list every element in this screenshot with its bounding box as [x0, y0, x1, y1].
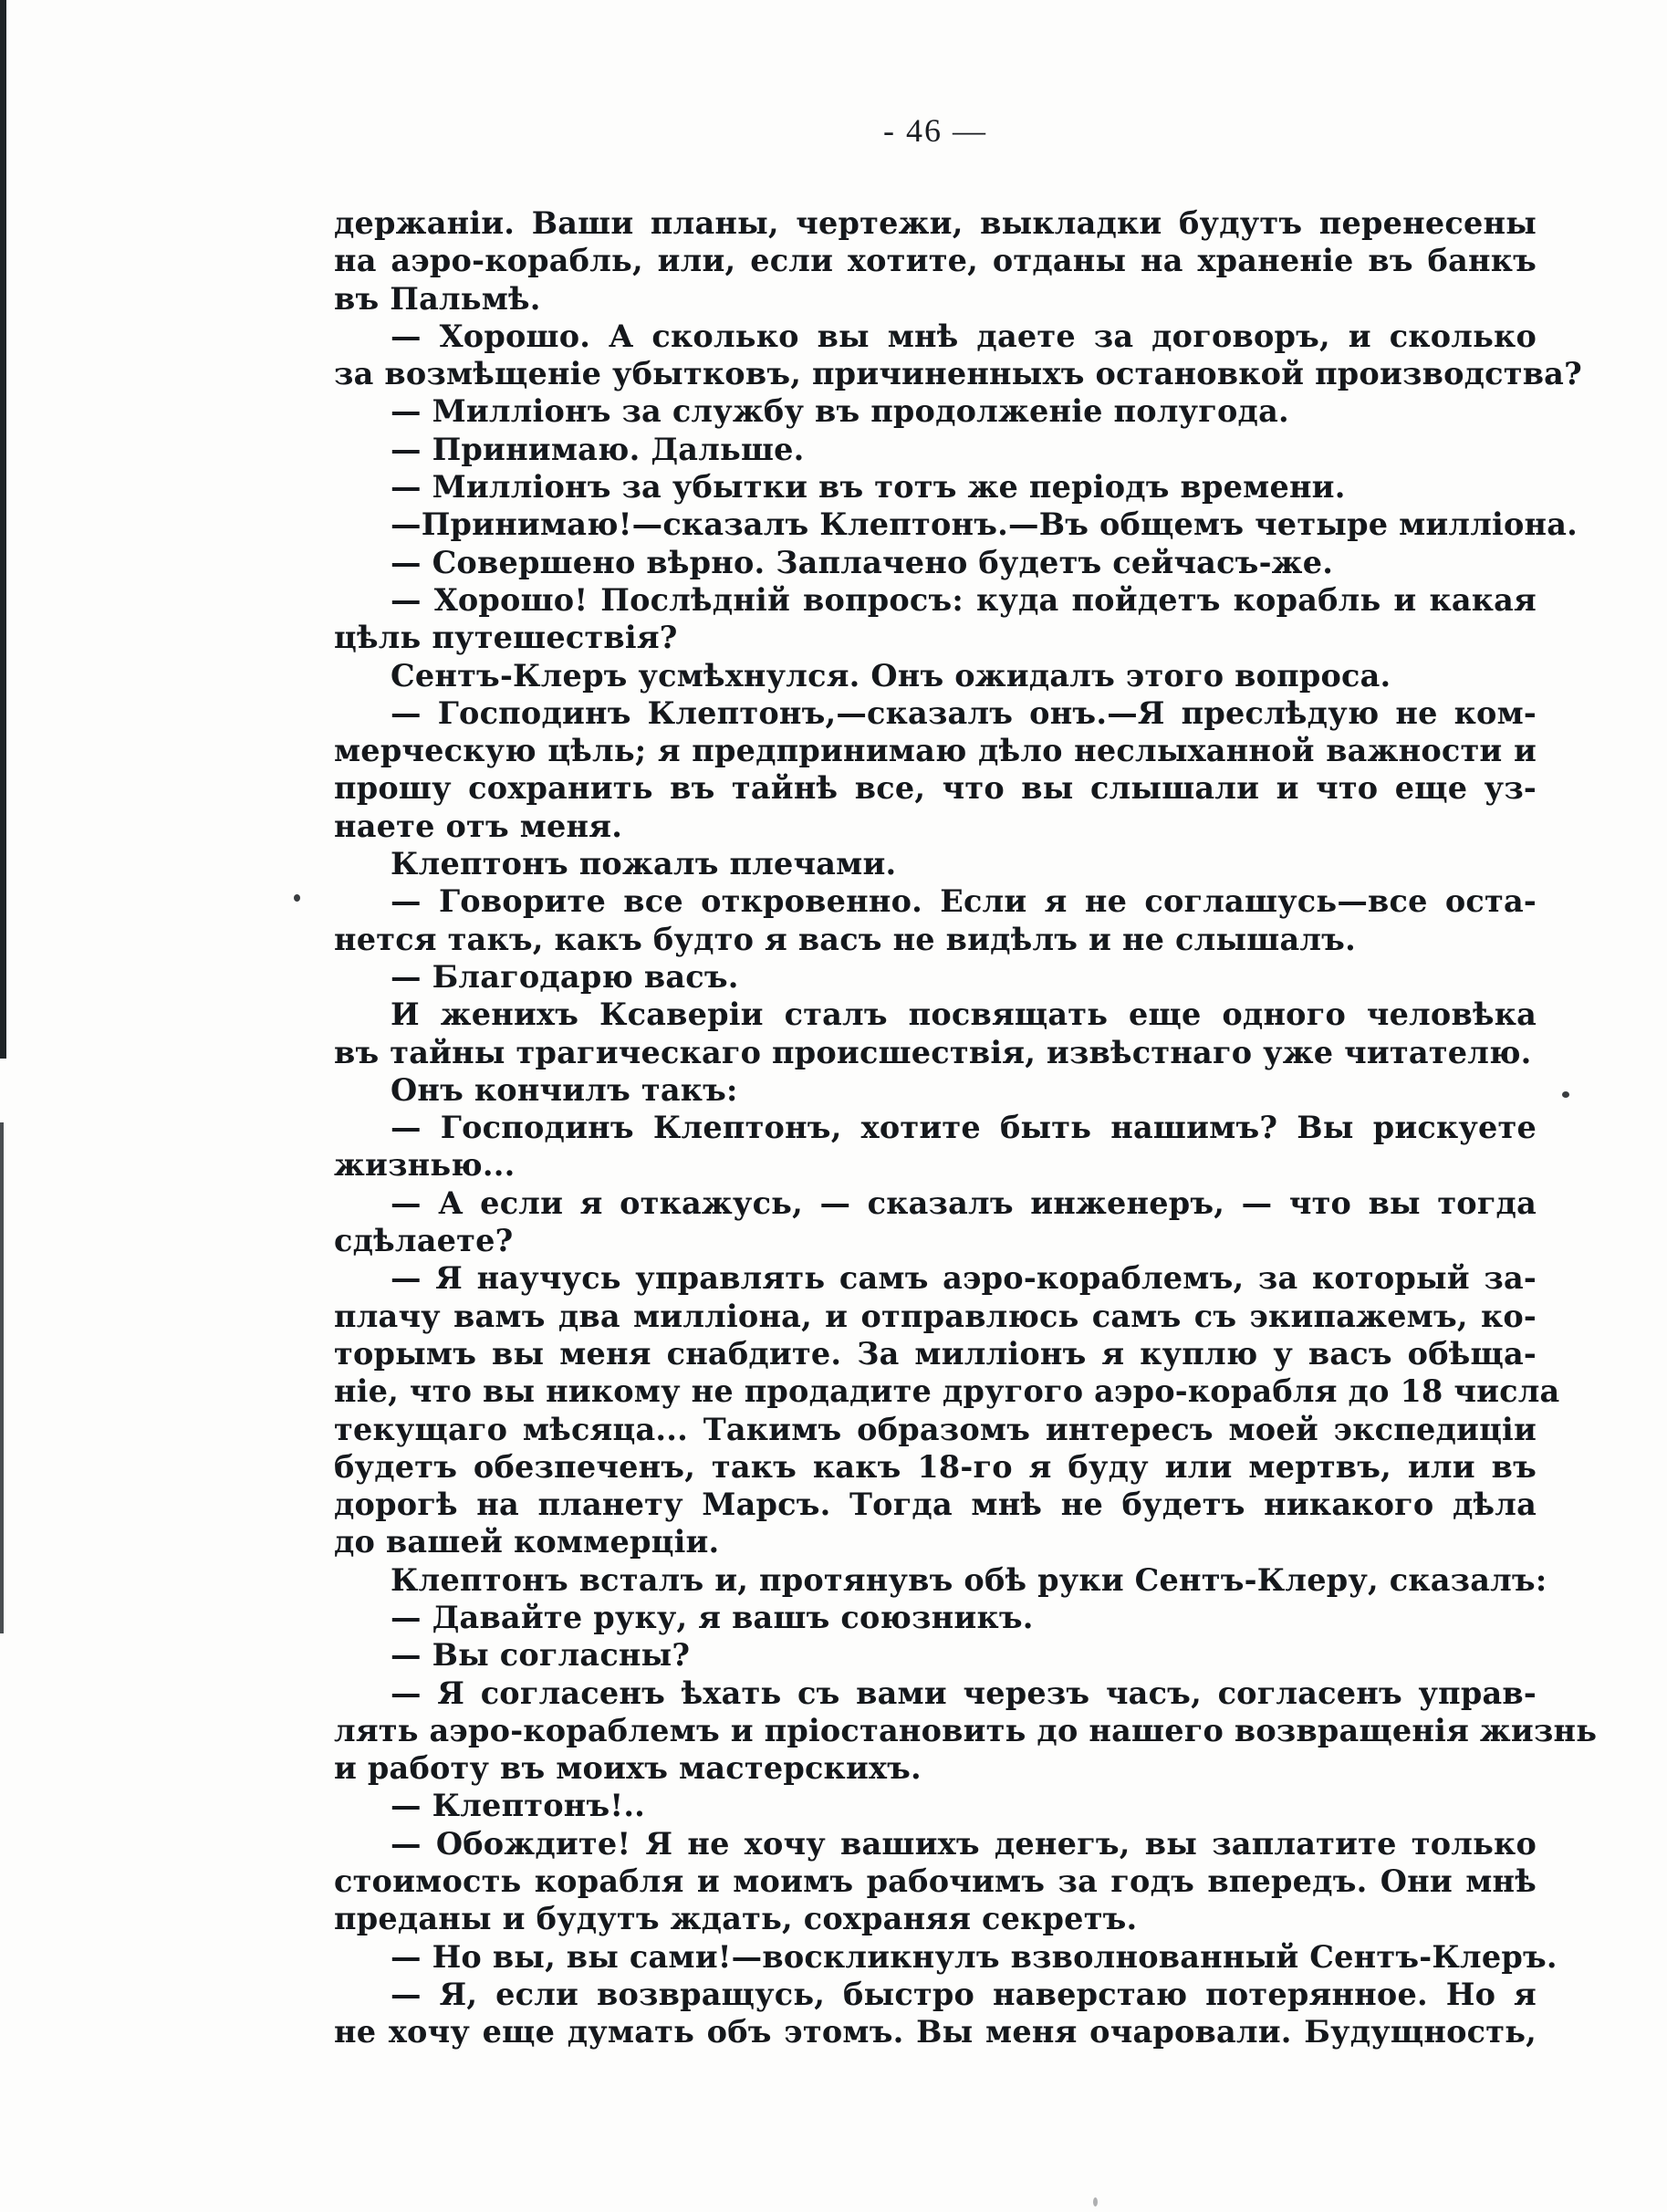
text-line: текущаго мѣсяца... Такимъ образомъ интер…	[334, 1411, 1537, 1448]
text-line: Клептонъ пожалъ плечами.	[334, 845, 1537, 882]
text-line: не хочу еще думать объ этомъ. Вы меня оч…	[334, 2013, 1537, 2050]
page-number: - 46 —	[0, 111, 1667, 150]
text-line: — Господинъ Клептонъ, хотите быть нашимъ…	[334, 1109, 1537, 1146]
text-line: — Давайте руку, я вашъ союзникъ.	[334, 1599, 1537, 1636]
text-line: — Я согласенъ ѣхать съ вами черезъ часъ,…	[334, 1675, 1537, 1712]
text-line: и работу въ моихъ мастерскихъ.	[334, 1749, 1537, 1787]
ink-speck	[294, 894, 300, 902]
text-line: — А если я откажусь, — сказалъ инженеръ,…	[334, 1184, 1537, 1222]
text-line: — Говорите все откровенно. Если я не сог…	[334, 882, 1537, 920]
text-line: дорогѣ на планету Марсъ. Тогда мнѣ не бу…	[334, 1486, 1537, 1523]
text-line: — Благодарю васъ.	[334, 958, 1537, 996]
text-line: — Совершено вѣрно. Заплачено будетъ сейч…	[334, 544, 1537, 581]
text-line: наете отъ меня.	[334, 808, 1537, 845]
text-line: до вашей коммерціи.	[334, 1523, 1537, 1560]
text-line: — Вы согласны?	[334, 1636, 1537, 1674]
text-line: Онъ кончилъ такъ:	[334, 1071, 1537, 1109]
text-line: прошу сохранить въ тайнѣ все, что вы слы…	[334, 769, 1537, 807]
text-line: ніе, что вы никому не продадите другого …	[334, 1372, 1537, 1410]
text-line: — Я научусь управлять самъ аэро-кораблем…	[334, 1259, 1537, 1297]
scan-border-edge-lower	[0, 1122, 4, 1633]
text-line: — Милліонъ за службу въ продолженіе полу…	[334, 392, 1537, 430]
page-body-text: держаніи. Ваши планы, чертежи, выкладки …	[334, 204, 1537, 2051]
text-line: — Милліонъ за убытки въ тотъ же періодъ …	[334, 468, 1537, 506]
text-line: лять аэро-кораблемъ и пріостановить до н…	[334, 1712, 1537, 1749]
text-line: — Обождите! Я не хочу вашихъ денегъ, вы …	[334, 1825, 1537, 1862]
text-line: цѣль путешествія?	[334, 619, 1537, 656]
text-line: — Принимаю. Дальше.	[334, 431, 1537, 468]
text-line: преданы и будутъ ждать, сохраняя секретъ…	[334, 1900, 1537, 1937]
text-line: жизнью...	[334, 1146, 1537, 1184]
text-line: — Я, если возвращусь, быстро наверстаю п…	[334, 1976, 1537, 2013]
text-line: —Принимаю!—сказалъ Клептонъ.—Въ общемъ ч…	[334, 506, 1537, 543]
text-line: нется такъ, какъ будто я васъ не видѣлъ …	[334, 921, 1537, 958]
text-line: въ Пальмѣ.	[334, 280, 1537, 318]
text-line: сдѣлаете?	[334, 1222, 1537, 1259]
text-line: за возмѣщеніе убытковъ, причиненныхъ ост…	[334, 355, 1537, 392]
text-line: — Клептонъ!..	[334, 1787, 1537, 1824]
ink-speck	[1093, 2197, 1098, 2207]
text-line: — Но вы, вы сами!—воскликнулъ взволнован…	[334, 1938, 1537, 1976]
text-line: стоимость корабля и моимъ рабочимъ за го…	[334, 1862, 1537, 1900]
scan-border-edge	[0, 0, 6, 1059]
text-line: И женихъ Ксаверіи сталъ посвящать еще од…	[334, 996, 1537, 1033]
text-line: Клептонъ всталъ и, протянувъ обѣ руки Се…	[334, 1561, 1537, 1599]
text-line: Сентъ-Клеръ усмѣхнулся. Онъ ожидалъ этог…	[334, 657, 1537, 694]
text-line: мерческую цѣль; я предпринимаю дѣло несл…	[334, 732, 1537, 769]
text-line: на аэро-корабль, или, если хотите, отдан…	[334, 242, 1537, 279]
text-line: торымъ вы меня снабдите. За милліонъ я к…	[334, 1335, 1537, 1372]
ink-speck	[1562, 1091, 1569, 1098]
text-line: — Хорошо! Послѣдній вопросъ: куда пойдет…	[334, 581, 1537, 619]
text-line: держаніи. Ваши планы, чертежи, выкладки …	[334, 204, 1537, 242]
text-line: плачу вамъ два милліона, и отправлюсь са…	[334, 1298, 1537, 1335]
text-line: — Господинъ Клептонъ,—сказалъ онъ.—Я пре…	[334, 694, 1537, 732]
text-line: въ тайны трагическаго происшествія, извѣ…	[334, 1034, 1537, 1071]
text-line: будетъ обезпеченъ, такъ какъ 18-го я буд…	[334, 1448, 1537, 1486]
text-line: — Хорошо. А сколько вы мнѣ даете за дого…	[334, 318, 1537, 355]
